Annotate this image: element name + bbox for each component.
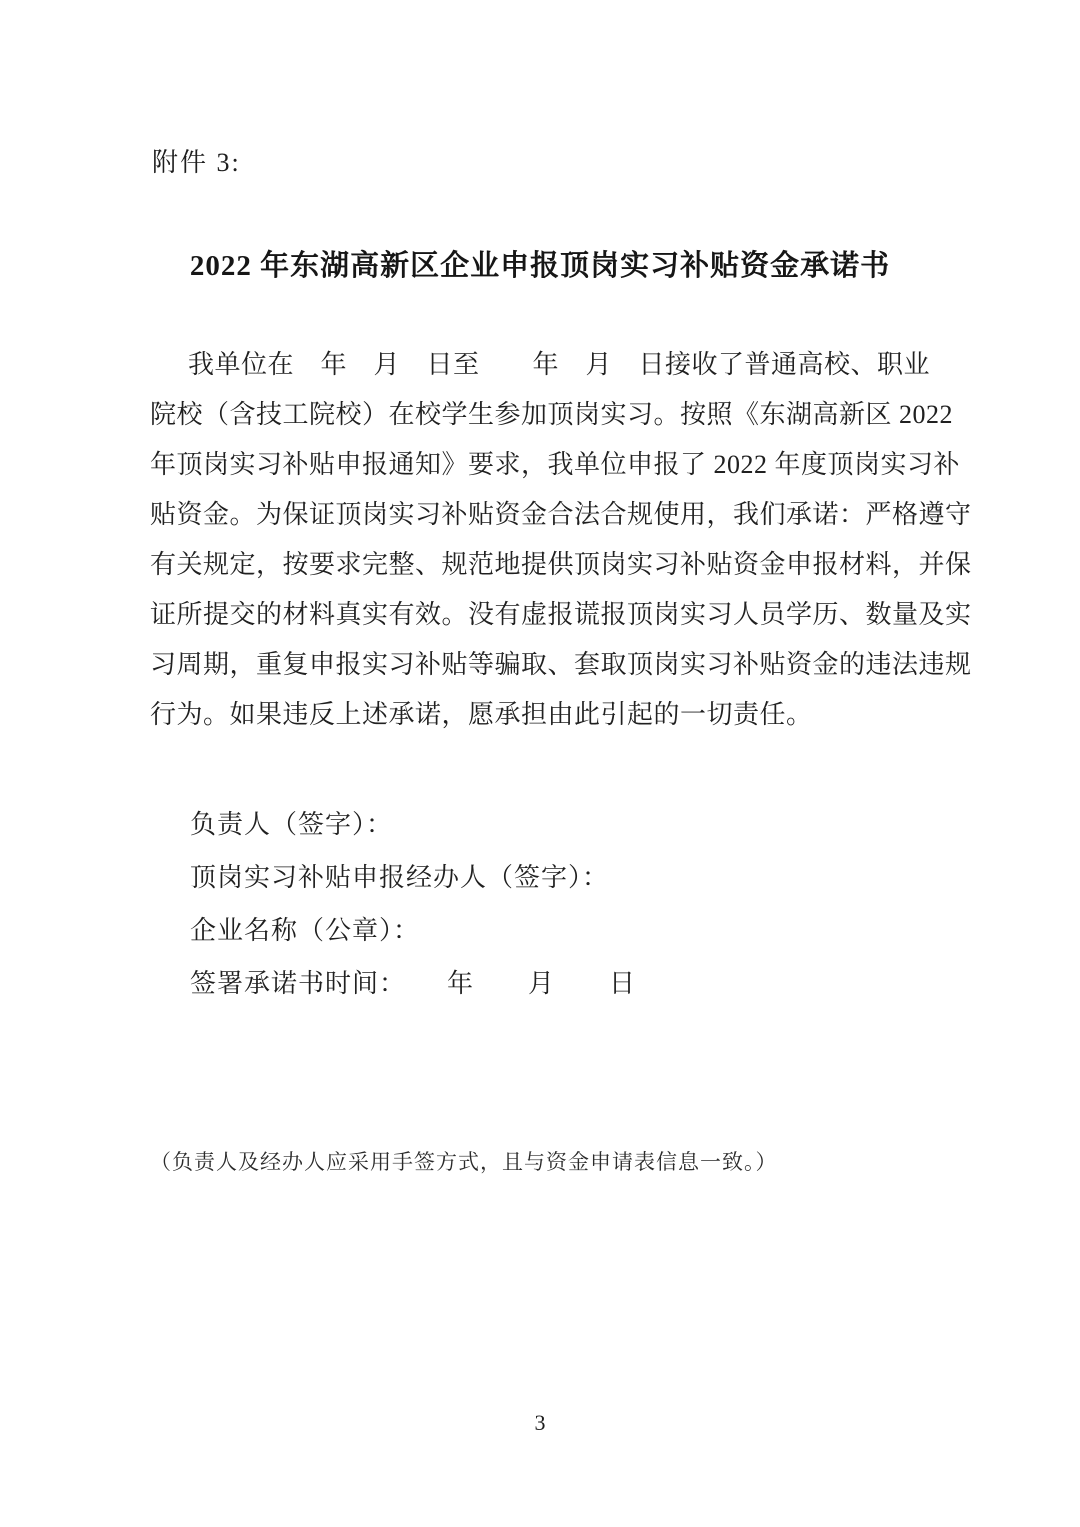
body-paragraph: 我单位在 年 月 日至 年 月 日接收了普通高校、职业 院校（含技工院校）在校学… [150, 340, 932, 740]
body-line-7: 习周期，重复申报实习补贴等骗取、套取顶岗实习补贴资金的违法违规 [150, 640, 932, 690]
signature-block: 负责人（签字）： 顶岗实习补贴申报经办人（签字）： 企业名称（公章）： 签署承诺… [150, 798, 932, 1010]
document-page: 附件 3: 2022 年东湖高新区企业申报顶岗实习补贴资金承诺书 我单位在 年 … [0, 0, 1080, 1527]
signature-line-responsible-person: 负责人（签字）： [150, 798, 932, 851]
page-number: 3 [0, 1410, 1080, 1436]
body-line-3: 年顶岗实习补贴申报通知》要求，我单位申报了 2022 年度顶岗实习补 [150, 440, 932, 490]
body-line-1: 我单位在 年 月 日至 年 月 日接收了普通高校、职业 [150, 340, 932, 390]
body-line-4: 贴资金。为保证顶岗实习补贴资金合法合规使用，我们承诺：严格遵守 [150, 490, 932, 540]
footnote: （负责人及经办人应采用手签方式，且与资金申请表信息一致。） [150, 1146, 950, 1176]
signature-line-company-seal: 企业名称（公章）： [150, 904, 932, 957]
attachment-label: 附件 3: [152, 142, 241, 179]
signature-line-sign-date: 签署承诺书时间： 年 月 日 [150, 957, 932, 1010]
body-line-8: 行为。如果违反上述承诺，愿承担由此引起的一切责任。 [150, 690, 932, 740]
body-line-6: 证所提交的材料真实有效。没有虚报谎报顶岗实习人员学历、数量及实 [150, 590, 932, 640]
body-line-2: 院校（含技工院校）在校学生参加顶岗实习。按照《东湖高新区 2022 [150, 390, 932, 440]
page-title: 2022 年东湖高新区企业申报顶岗实习补贴资金承诺书 [80, 243, 1000, 284]
body-line-5: 有关规定，按要求完整、规范地提供顶岗实习补贴资金申报材料，并保 [150, 540, 932, 590]
signature-line-handler: 顶岗实习补贴申报经办人（签字）： [150, 851, 932, 904]
